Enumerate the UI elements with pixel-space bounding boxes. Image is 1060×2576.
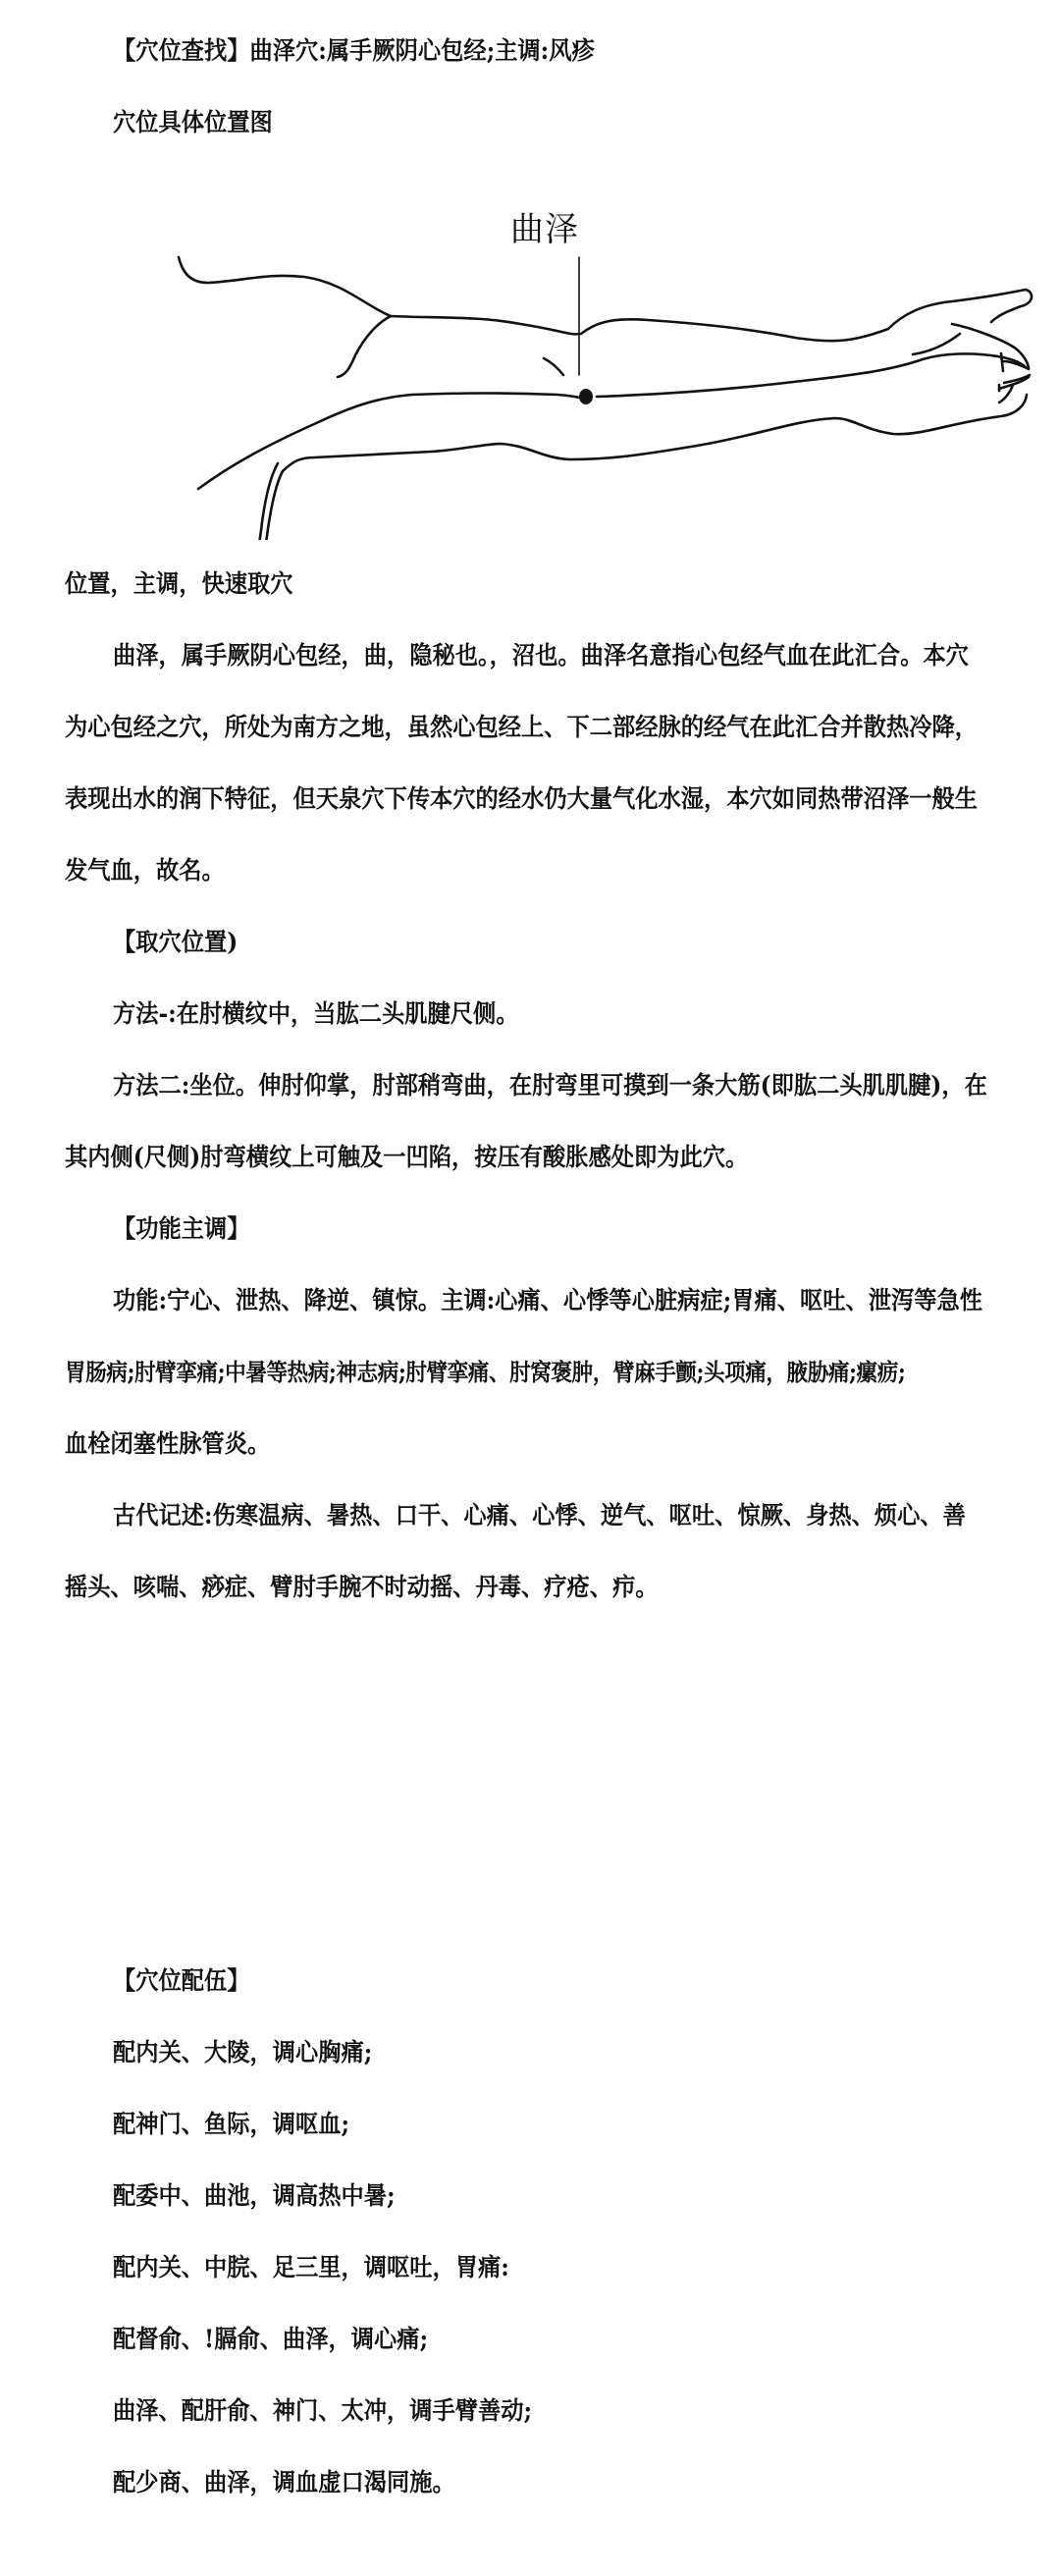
acupoint-label: 曲泽 (510, 202, 579, 250)
intro-line: 表现出水的润下特征，但天泉穴下传本穴的经水仍大量气化水湿，本穴如同热带沼泽一般生 (65, 784, 978, 814)
combination-item: 配神门、鱼际，调呕血; (113, 2110, 349, 2139)
function-line: 胃肠病;肘臂挛痛;中暑等热病;神志病;肘臂挛痛、肘窝褒肿，臂麻手颤;头项痛，腋胁… (65, 1358, 905, 1387)
figure-heading: 穴位具体位置图 (113, 108, 273, 137)
location-method-2-cont: 其内侧(尺侧)肘弯横纹上可触及一凹陷，按压有酸胀感处即为此穴。 (65, 1143, 748, 1172)
combination-item: 配督俞、!膈俞、曲泽，调心痛; (113, 2325, 428, 2354)
intro-line: 发气血，故名。 (65, 856, 225, 885)
location-method-2: 方法二:坐位。伸肘仰掌，肘部稍弯曲，在肘弯里可摸到一条大筋(即肱二头肌肌腱)，在 (113, 1071, 987, 1100)
combination-item: 配委中、曲池，调高热中暑; (113, 2181, 396, 2211)
combination-heading: 【穴位配伍】 (113, 1966, 250, 1996)
combination-item: 曲泽、配肝俞、神门、太冲，调手臂善动; (113, 2396, 532, 2426)
intro-line: 曲泽，属手厥阴心包经，曲，隐秘也。，沼也。曲泽名意指心包经气血在此汇合。本穴 (113, 641, 969, 671)
location-heading: 【取穴位置) (113, 928, 238, 957)
ancient-line: 摇头、咳喘、痧症、臂肘手腕不时动摇、丹毒、疗疮、疖。 (65, 1573, 659, 1602)
location-method-1: 方法-:在肘横纹中，当肱二头肌腱尺侧。 (113, 999, 518, 1029)
intro-line: 为心包经之穴，所处为南方之地，虽然心包经上、下二部经脉的经气在此汇合并散热冷降， (65, 713, 978, 742)
function-heading: 【功能主调】 (113, 1214, 250, 1244)
function-line: 血栓闭塞性脉管炎。 (65, 1429, 270, 1459)
combination-item: 配内关、大陵，调心胸痛; (113, 2038, 372, 2067)
page-title: 【穴位查找】曲泽穴:属手厥阴心包经;主调:风疹 (113, 36, 595, 66)
function-line: 功能:宁心、泄热、降逆、镇惊。主调:心痛、心悸等心脏病症;胃痛、呕吐、泄泻等急性 (113, 1286, 982, 1315)
combination-item: 配内关、中脘、足三里，调呕吐，胃痛: (113, 2253, 509, 2282)
arm-acupoint-figure: 曲泽 (147, 167, 1060, 540)
arm-acupoint-illustration-icon (147, 167, 1060, 540)
intro-heading: 位置，主调，快速取穴 (65, 569, 293, 599)
ancient-line: 古代记述:伤寒温病、暑热、口干、心痛、心悸、逆气、呕吐、惊厥、身热、烦心、善 (113, 1501, 966, 1530)
combination-item: 配少商、曲泽，调血虚口渴同施。 (113, 2468, 455, 2497)
